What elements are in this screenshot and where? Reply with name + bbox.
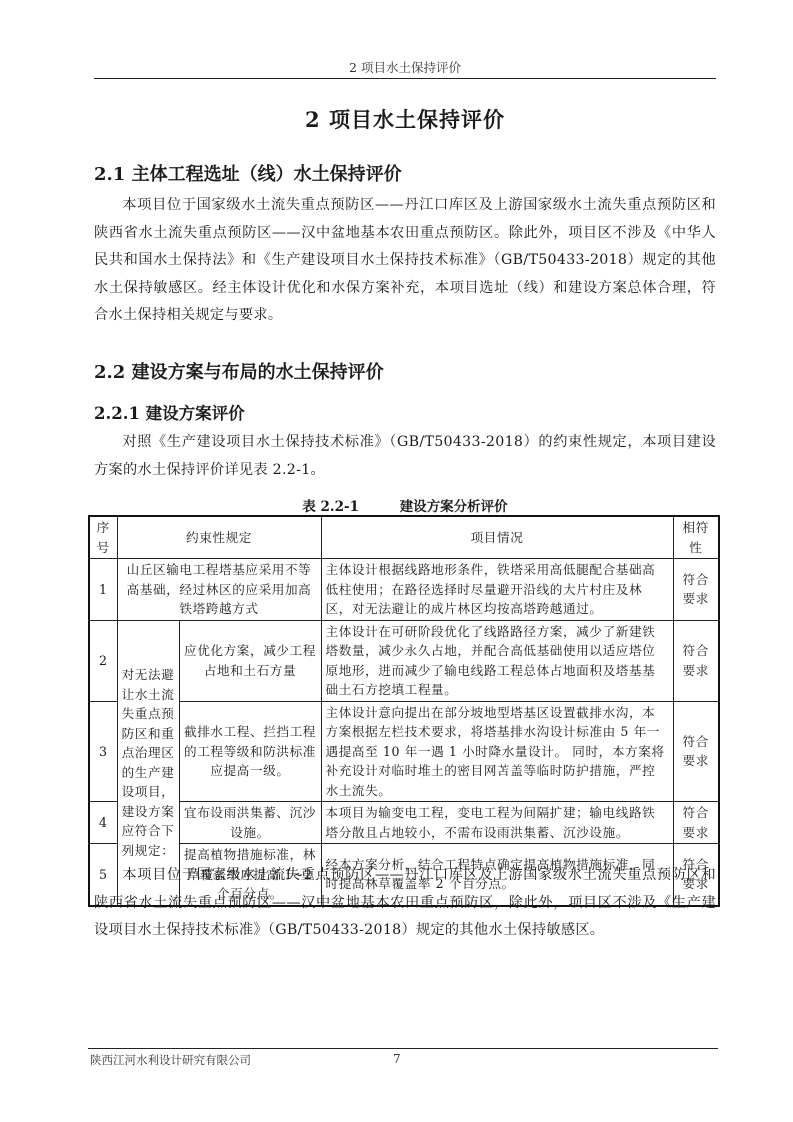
running-header: 2 项目水土保持评价 bbox=[94, 58, 716, 76]
footer-company: 陕西江河水利设计研究有限公司 bbox=[90, 1052, 251, 1068]
footer-rule bbox=[88, 1048, 718, 1049]
row-no: 4 bbox=[89, 802, 117, 844]
row-rule: 山丘区输电工程塔基应采用不等高基础，经过林区的应采用加高铁塔跨越方式 bbox=[117, 559, 321, 621]
table-header-row: 序号 约束性规定 项目情况 相符性 bbox=[89, 516, 719, 559]
row-no: 1 bbox=[89, 559, 117, 621]
row-conform: 符合要求 bbox=[673, 701, 719, 802]
table-caption-title: 建设方案分析评价 bbox=[400, 495, 508, 515]
row-no: 3 bbox=[89, 701, 117, 802]
table-row: 3 截排水工程、拦挡工程的工程等级和防洪标准应提高一级。 主体设计意向提出在部分… bbox=[89, 701, 719, 802]
closing-paragraph: 本项目位于国家级水土流失重点预防区——丹江口库区及上游国家级水土流失重点预防区和… bbox=[94, 862, 716, 945]
row-rule: 宜布设雨洪集蓄、沉沙设施。 bbox=[179, 802, 321, 844]
section-heading-2-2: 2.2 建设方案与布局的水土保持评价 bbox=[94, 358, 384, 384]
header-rule bbox=[94, 78, 716, 79]
table-caption: 表 2.2-1 建设方案分析评价 bbox=[94, 495, 716, 515]
header-no: 序号 bbox=[89, 516, 117, 559]
row-conform: 符合要求 bbox=[673, 559, 719, 621]
row-rule: 截排水工程、拦挡工程的工程等级和防洪标准应提高一级。 bbox=[179, 701, 321, 802]
header-rule: 约束性规定 bbox=[117, 516, 321, 559]
row-conform: 符合要求 bbox=[673, 620, 719, 701]
section-2-2-1-intro: 对照《生产建设项目水土保持技术标准》（GB/T50433-2018）的约束性规定… bbox=[94, 429, 716, 484]
row-situation: 主体设计根据线路地形条件，铁塔采用高低腿配合基础高低柱使用；在路径选择时尽量避开… bbox=[321, 559, 673, 621]
header-situation: 项目情况 bbox=[321, 516, 673, 559]
row-conform: 符合要求 bbox=[673, 802, 719, 844]
evaluation-table: 序号 约束性规定 项目情况 相符性 1 山丘区输电工程塔基应采用不等高基础，经过… bbox=[88, 515, 720, 907]
row-situation: 主体设计意向提出在部分坡地型塔基区设置截排水沟，本方案根据左栏技术要求，将塔基排… bbox=[321, 701, 673, 802]
table-row: 2 对无法避让水土流失重点预防区和重点治理区的生产建设项目，建设方案应符合下列规… bbox=[89, 620, 719, 701]
row-rule: 应优化方案，减少工程占地和土石方量 bbox=[179, 620, 321, 701]
row-no: 2 bbox=[89, 620, 117, 701]
table-caption-number: 表 2.2-1 bbox=[302, 495, 359, 515]
chapter-title: 2 项目水土保持评价 bbox=[94, 104, 716, 134]
header-conform: 相符性 bbox=[673, 516, 719, 559]
table-row: 1 山丘区输电工程塔基应采用不等高基础，经过林区的应采用加高铁塔跨越方式 主体设… bbox=[89, 559, 719, 621]
section-heading-2-2-1: 2.2.1 建设方案评价 bbox=[94, 400, 245, 424]
page-number: 7 bbox=[393, 1052, 401, 1066]
section-2-1-paragraph: 本项目位于国家级水土流失重点预防区——丹江口库区及上游国家级水土流失重点预防区和… bbox=[94, 192, 716, 330]
section-heading-2-1: 2.1 主体工程选址（线）水土保持评价 bbox=[94, 160, 402, 186]
row-situation: 主体设计在可研阶段优化了线路路径方案，减少了新建铁塔数量，减少永久占地，并配合高… bbox=[321, 620, 673, 701]
table-row: 4 宜布设雨洪集蓄、沉沙设施。 本项目为输变电工程，变电工程为间隔扩建；输电线路… bbox=[89, 802, 719, 844]
row-situation: 本项目为输变电工程，变电工程为间隔扩建；输电线路铁塔分散且占地较小，不需布设雨洪… bbox=[321, 802, 673, 844]
